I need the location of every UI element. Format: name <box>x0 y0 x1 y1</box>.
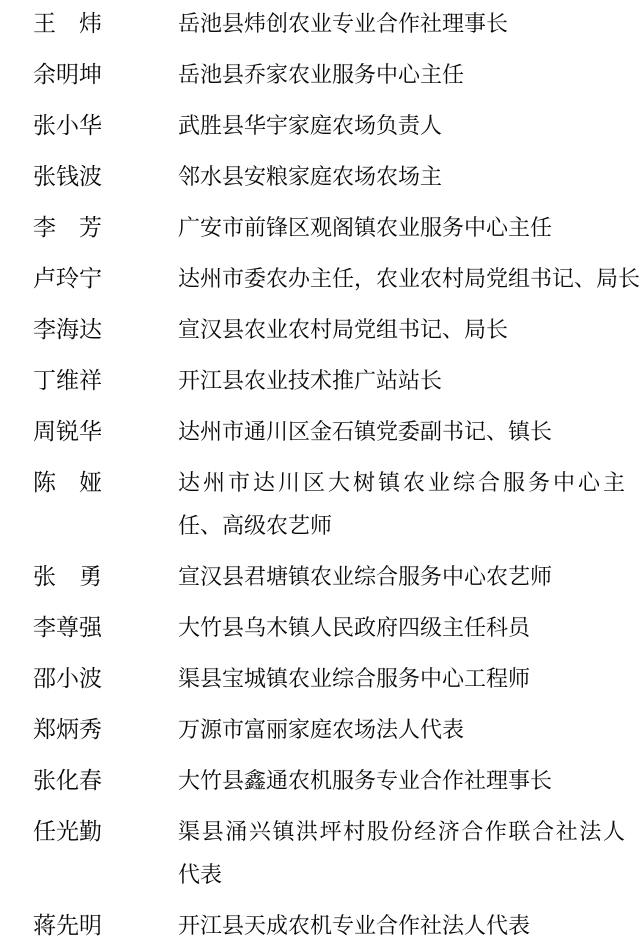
roster-entry: 张小华 武胜县华宇家庭农场负责人 <box>33 104 640 147</box>
person-title-line: 达州市通川区金石镇党委副书记、镇长 <box>178 410 625 453</box>
person-title-line: 渠县宝城镇农业综合服务中心工程师 <box>178 657 625 700</box>
person-name: 张钱波 <box>33 155 103 198</box>
person-title: 万源市富丽家庭农场法人代表 <box>178 708 625 751</box>
roster-entry: 卢玲宁 达州市委农办主任，农业农村局党组书记、局长 <box>33 257 640 300</box>
person-name: 周锐华 <box>33 410 103 453</box>
person-name: 邵小波 <box>33 657 103 700</box>
person-title-line: 开江县农业技术推广站站长 <box>178 359 625 402</box>
roster-entry: 王 炜 岳池县炜创农业专业合作社理事长 <box>33 2 640 45</box>
roster-entry: 陈 娅 达州市达川区大树镇农业综合服务中心主任、高级农艺师 <box>33 461 640 547</box>
person-name: 张化春 <box>33 759 103 802</box>
roster-entry: 周锐华 达州市通川区金石镇党委副书记、镇长 <box>33 410 640 453</box>
person-name: 李尊强 <box>33 606 103 649</box>
person-title: 武胜县华宇家庭农场负责人 <box>178 104 625 147</box>
person-title-line: 任、高级农艺师 <box>178 504 625 547</box>
person-title: 渠县涌兴镇洪坪村股份经济合作联合社法人代表 <box>178 810 625 896</box>
roster-entry: 李 芳 广安市前锋区观阁镇农业服务中心主任 <box>33 206 640 249</box>
person-title: 达州市达川区大树镇农业综合服务中心主任、高级农艺师 <box>178 461 625 547</box>
roster-entry: 余明坤 岳池县乔家农业服务中心主任 <box>33 53 640 96</box>
person-title-line: 开江县天成农机专业合作社法人代表 <box>178 904 625 947</box>
person-title-line: 代表 <box>178 853 625 896</box>
roster-entry: 张钱波 邻水县安粮家庭农场农场主 <box>33 155 640 198</box>
roster-entry: 张 勇 宣汉县君塘镇农业综合服务中心农艺师 <box>33 555 640 598</box>
person-name: 任光勤 <box>33 810 103 853</box>
person-title: 宣汉县农业农村局党组书记、局长 <box>178 308 625 351</box>
person-name: 蒋先明 <box>33 904 103 947</box>
roster-entry: 李海达 宣汉县农业农村局党组书记、局长 <box>33 308 640 351</box>
person-title: 邻水县安粮家庭农场农场主 <box>178 155 625 198</box>
person-name: 卢玲宁 <box>33 257 103 300</box>
roster-entry: 张化春 大竹县鑫通农机服务专业合作社理事长 <box>33 759 640 802</box>
person-title-line: 渠县涌兴镇洪坪村股份经济合作联合社法人 <box>178 810 625 853</box>
person-title-line: 岳池县乔家农业服务中心主任 <box>178 53 625 96</box>
person-title-line: 大竹县乌木镇人民政府四级主任科员 <box>178 606 625 649</box>
person-title: 开江县天成农机专业合作社法人代表 <box>178 904 625 947</box>
person-title: 开江县农业技术推广站站长 <box>178 359 625 402</box>
person-title-line: 武胜县华宇家庭农场负责人 <box>178 104 625 147</box>
person-title: 广安市前锋区观阁镇农业服务中心主任 <box>178 206 625 249</box>
person-title: 大竹县鑫通农机服务专业合作社理事长 <box>178 759 625 802</box>
person-title-line: 邻水县安粮家庭农场农场主 <box>178 155 625 198</box>
person-title-line: 大竹县鑫通农机服务专业合作社理事长 <box>178 759 625 802</box>
person-name: 张 勇 <box>33 555 103 598</box>
person-name: 郑炳秀 <box>33 708 103 751</box>
person-title: 达州市委农办主任，农业农村局党组书记、局长 <box>178 257 625 300</box>
person-title: 渠县宝城镇农业综合服务中心工程师 <box>178 657 625 700</box>
person-title: 岳池县乔家农业服务中心主任 <box>178 53 625 96</box>
roster-entry: 蒋先明 开江县天成农机专业合作社法人代表 <box>33 904 640 947</box>
person-title-line: 岳池县炜创农业专业合作社理事长 <box>178 2 625 45</box>
person-title-line: 宣汉县君塘镇农业综合服务中心农艺师 <box>178 555 625 598</box>
person-title-line: 达州市达川区大树镇农业综合服务中心主 <box>178 461 625 504</box>
person-title-line: 宣汉县农业农村局党组书记、局长 <box>178 308 625 351</box>
person-name: 王 炜 <box>33 2 103 45</box>
person-title: 岳池县炜创农业专业合作社理事长 <box>178 2 625 45</box>
person-title-line: 达州市委农办主任，农业农村局党组书记、局长 <box>178 257 625 300</box>
person-name: 陈 娅 <box>33 461 103 504</box>
person-title-line: 万源市富丽家庭农场法人代表 <box>178 708 625 751</box>
person-name: 李 芳 <box>33 206 103 249</box>
person-name: 张小华 <box>33 104 103 147</box>
person-title: 宣汉县君塘镇农业综合服务中心农艺师 <box>178 555 625 598</box>
person-title-line: 广安市前锋区观阁镇农业服务中心主任 <box>178 206 625 249</box>
roster-entry: 丁维祥 开江县农业技术推广站站长 <box>33 359 640 402</box>
person-name: 余明坤 <box>33 53 103 96</box>
person-name: 丁维祥 <box>33 359 103 402</box>
roster-entry: 邵小波 渠县宝城镇农业综合服务中心工程师 <box>33 657 640 700</box>
roster-page: 王 炜 岳池县炜创农业专业合作社理事长 余明坤 岳池县乔家农业服务中心主任 张小… <box>0 0 640 951</box>
person-title: 达州市通川区金石镇党委副书记、镇长 <box>178 410 625 453</box>
person-title: 大竹县乌木镇人民政府四级主任科员 <box>178 606 625 649</box>
roster-entry: 李尊强 大竹县乌木镇人民政府四级主任科员 <box>33 606 640 649</box>
roster-entry: 任光勤 渠县涌兴镇洪坪村股份经济合作联合社法人代表 <box>33 810 640 896</box>
roster-list: 王 炜 岳池县炜创农业专业合作社理事长 余明坤 岳池县乔家农业服务中心主任 张小… <box>33 2 640 947</box>
person-name: 李海达 <box>33 308 103 351</box>
roster-entry: 郑炳秀 万源市富丽家庭农场法人代表 <box>33 708 640 751</box>
